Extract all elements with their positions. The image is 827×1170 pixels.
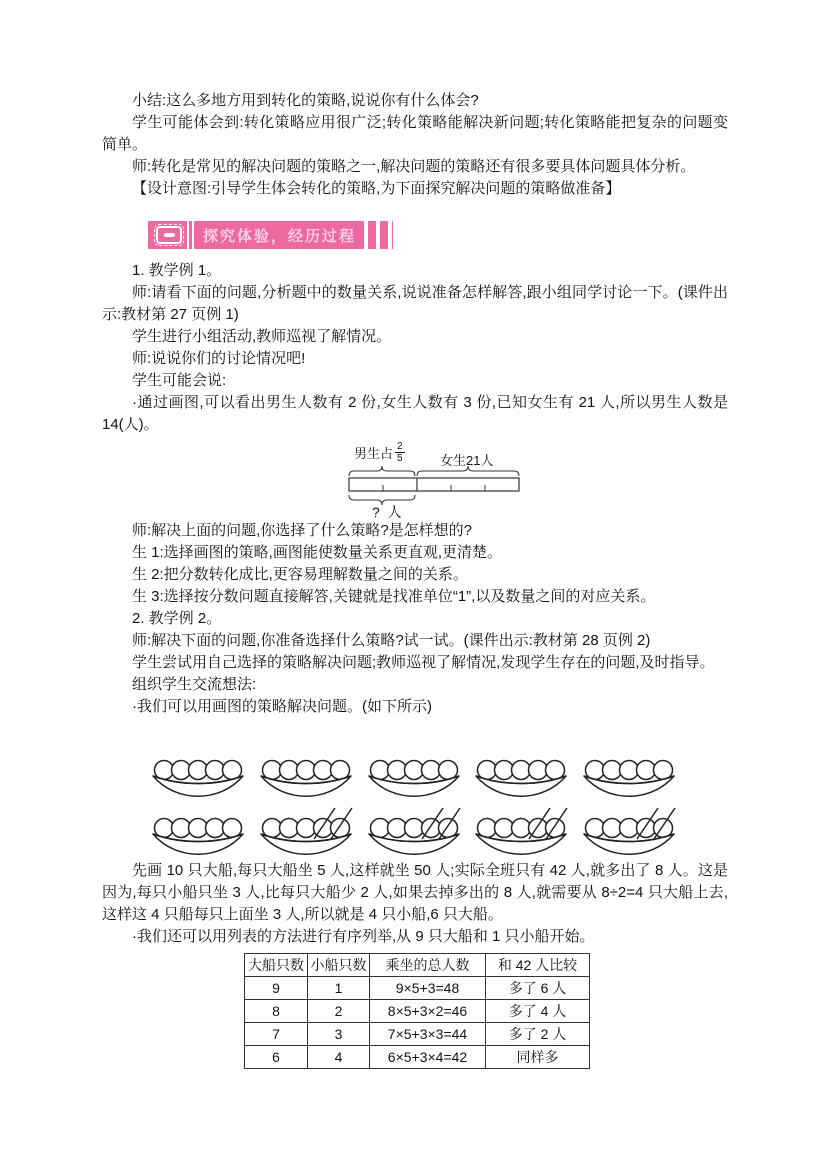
table-header-row: 大船只数 小船只数 乘坐的总人数 和 42 人比较 bbox=[245, 954, 590, 977]
paragraph-student1: 生 1:选择画图的策略,画图能使数量关系更直观,更清楚。 bbox=[102, 542, 728, 564]
paragraph-example2-heading: 2. 教学例 2。 bbox=[102, 608, 728, 630]
banner-divider-line bbox=[192, 221, 194, 249]
table-cell: 8×5+3×2=46 bbox=[370, 1000, 486, 1023]
diagram-girls-label: 女生21人 bbox=[440, 450, 493, 469]
table-cell: 多了 4 人 bbox=[486, 1000, 590, 1023]
boat-drawing-crossed bbox=[258, 807, 354, 861]
text-block-example1: 1. 教学例 1。 师:请看下面的问题,分析题中的数量关系,说说准备怎样解答,跟… bbox=[102, 260, 728, 436]
table-row: 9 1 9×5+3=48 多了 6 人 bbox=[245, 977, 590, 1000]
paragraph-student3: 生 3:选择按分数问题直接解答,关键就是找准单位“1”,以及数量之间的对应关系。 bbox=[102, 586, 728, 608]
boat-drawing bbox=[473, 749, 569, 803]
boat-drawing-crossed bbox=[581, 807, 677, 861]
boat-drawing-crossed bbox=[366, 807, 462, 861]
section-two-icon bbox=[154, 224, 184, 246]
banner-divider-line bbox=[187, 221, 189, 249]
table-cell: 7 bbox=[245, 1023, 308, 1046]
table-cell: 同样多 bbox=[486, 1046, 590, 1069]
text-block-intro: 小结:这么多地方用到转化的策略,说说你有什么体会? 学生可能体会到:转化策略应用… bbox=[102, 90, 728, 200]
table-cell: 多了 6 人 bbox=[486, 977, 590, 1000]
paragraph-list-method: ·我们还可以用列表的方法进行有序列举,从 9 只大船和 1 只小船开始。 bbox=[102, 926, 728, 948]
fraction-two-fifths: 2 5 bbox=[395, 441, 405, 464]
paragraph-student-reflection: 学生可能体会到:转化策略应用很广泛;转化策略能解决新问题;转化策略能把复杂的问题… bbox=[102, 112, 728, 156]
table-row: 8 2 8×5+3×2=46 多了 4 人 bbox=[245, 1000, 590, 1023]
enumeration-table: 大船只数 小船只数 乘坐的总人数 和 42 人比较 9 1 9×5+3=48 多… bbox=[244, 953, 590, 1069]
text-block-explanation: 先画 10 只大船,每只大船坐 5 人,这样就坐 50 人;实际全班只有 42 … bbox=[102, 860, 728, 948]
paragraph-drawing-explanation: ·通过画图,可以看出男生人数有 2 份,女生人数有 3 份,已知女生有 21 人… bbox=[102, 392, 728, 436]
boat-row-1 bbox=[150, 749, 677, 803]
paragraph-student2: 生 2:把分数转化成比,更容易理解数量之间的关系。 bbox=[102, 564, 728, 586]
table-cell: 9 bbox=[245, 977, 308, 1000]
boat-drawing bbox=[150, 749, 246, 803]
paragraph-teacher-comment: 师:转化是常见的解决问题的策略之一,解决问题的策略还有很多要具体问题具体分析。 bbox=[102, 156, 728, 178]
table-cell: 3 bbox=[308, 1023, 370, 1046]
paragraph-teacher-prompt2: 师:解决下面的问题,你准备选择什么策略?试一试。(课件出示:教材第 28 页例 … bbox=[102, 630, 728, 652]
table-cell: 1 bbox=[308, 977, 370, 1000]
table-cell: 4 bbox=[308, 1046, 370, 1069]
table-header-small-boats: 小船只数 bbox=[308, 954, 370, 977]
boat-drawing-crossed bbox=[473, 807, 569, 861]
table-cell: 9×5+3=48 bbox=[370, 977, 486, 1000]
document-page: 小结:这么多地方用到转化的策略,说说你有什么体会? 学生可能体会到:转化策略应用… bbox=[0, 0, 827, 1170]
diagram-boys-label: 男生占 2 5 bbox=[354, 441, 405, 464]
paragraph-boat-explanation: 先画 10 只大船,每只大船坐 5 人,这样就坐 50 人;实际全班只有 42 … bbox=[102, 860, 728, 926]
table-header-total: 乘坐的总人数 bbox=[370, 954, 486, 977]
table-row: 6 4 6×5+3×4=42 同样多 bbox=[245, 1046, 590, 1069]
paragraph-teacher-ask: 师:说说你们的讨论情况吧! bbox=[102, 348, 728, 370]
paragraph-organize-exchange: 组织学生交流想法: bbox=[102, 674, 728, 696]
table-cell: 6×5+3×4=42 bbox=[370, 1046, 486, 1069]
banner-stripes bbox=[364, 221, 400, 249]
boat-drawing bbox=[258, 749, 354, 803]
table-row: 7 3 7×5+3×3=44 多了 2 人 bbox=[245, 1023, 590, 1046]
table-header-compare: 和 42 人比较 bbox=[486, 954, 590, 977]
table-cell: 多了 2 人 bbox=[486, 1023, 590, 1046]
paragraph-example1-heading: 1. 教学例 1。 bbox=[102, 260, 728, 282]
paragraph-teacher-strategy-question: 师:解决上面的问题,你选择了什么策略?是怎样想的? bbox=[102, 520, 728, 542]
paragraph-student-attempt: 学生尝试用自己选择的策略解决问题;教师巡视了解情况,发现学生存在的问题,及时指导… bbox=[102, 652, 728, 674]
paragraph-design-intent: 【设计意图:引导学生体会转化的策略,为下面探究解决问题的策略做准备】 bbox=[102, 178, 728, 200]
boat-row-2 bbox=[150, 807, 677, 861]
table-header-big-boats: 大船只数 bbox=[245, 954, 308, 977]
boat-drawing bbox=[366, 749, 462, 803]
fraction-bar-diagram: 男生占 2 5 女生21人 ? 人 bbox=[346, 438, 528, 522]
table-cell: 7×5+3×3=44 bbox=[370, 1023, 486, 1046]
boat-drawing bbox=[150, 807, 246, 861]
paragraph-activity: 学生进行小组活动,教师巡视了解情况。 bbox=[102, 326, 728, 348]
section-banner: 探究体验，经历过程 bbox=[148, 221, 393, 249]
paragraph-teacher-prompt: 师:请看下面的问题,分析题中的数量关系,说说准备怎样解答,跟小组同学讨论一下。(… bbox=[102, 282, 728, 326]
boats-illustration bbox=[150, 749, 677, 865]
paragraph-summary: 小结:这么多地方用到转化的策略,说说你有什么体会? bbox=[102, 90, 728, 112]
table-cell: 8 bbox=[245, 1000, 308, 1023]
table-cell: 6 bbox=[245, 1046, 308, 1069]
paragraph-drawing-strategy: ·我们可以用画图的策略解决问题。(如下所示) bbox=[102, 696, 728, 718]
paragraph-students-may-say: 学生可能会说: bbox=[102, 370, 728, 392]
diagram-unknown-label: ? 人 bbox=[372, 502, 404, 522]
boat-drawing bbox=[581, 749, 677, 803]
banner-title: 探究体验，经历过程 bbox=[203, 225, 356, 246]
table-cell: 2 bbox=[308, 1000, 370, 1023]
text-block-example2: 师:解决上面的问题,你选择了什么策略?是怎样想的? 生 1:选择画图的策略,画图… bbox=[102, 520, 728, 718]
